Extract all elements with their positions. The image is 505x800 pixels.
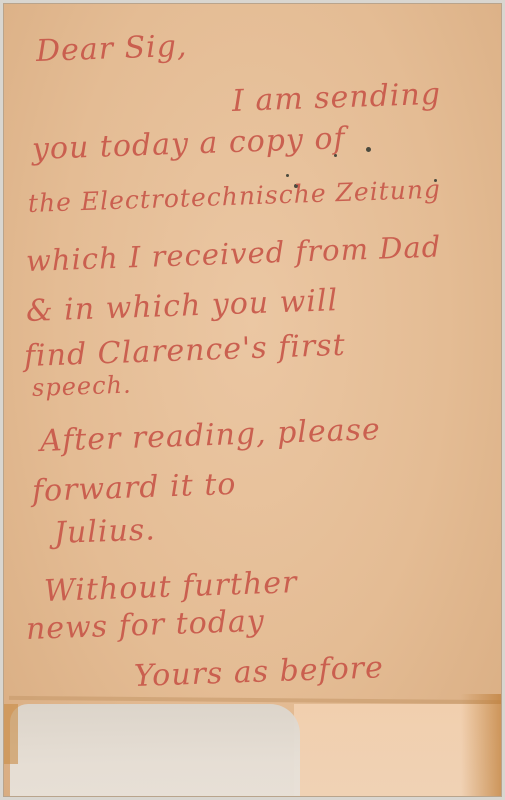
letter-card: Dear Sig, I am sending you today a copy … [3,3,502,797]
letter-line: forward it to [31,467,237,509]
water-stain [4,704,18,764]
letter-line: After reading, please [39,412,381,459]
letter-line: & in which you will [25,283,338,329]
water-stain-edge [9,696,502,704]
ink-speck [286,174,289,177]
letter-line: Julius. [53,512,156,551]
letter-line: find Clarence's first [23,328,346,374]
letter-line: you today a copy of [31,121,346,167]
letter-line: news for today [25,604,265,647]
letter-line: the Electrotechnische Zeitung [27,175,441,218]
letter-line: speech. [32,371,133,402]
letter-line: I am sending [231,77,441,119]
ink-speck [366,147,371,152]
water-stain [461,694,501,797]
closing: Yours as before [133,650,384,694]
torn-paper-damage [10,704,300,797]
letter-line: which I received from Dad [25,230,441,278]
letter-line: Without further [43,565,298,609]
salutation: Dear Sig, [35,29,188,69]
